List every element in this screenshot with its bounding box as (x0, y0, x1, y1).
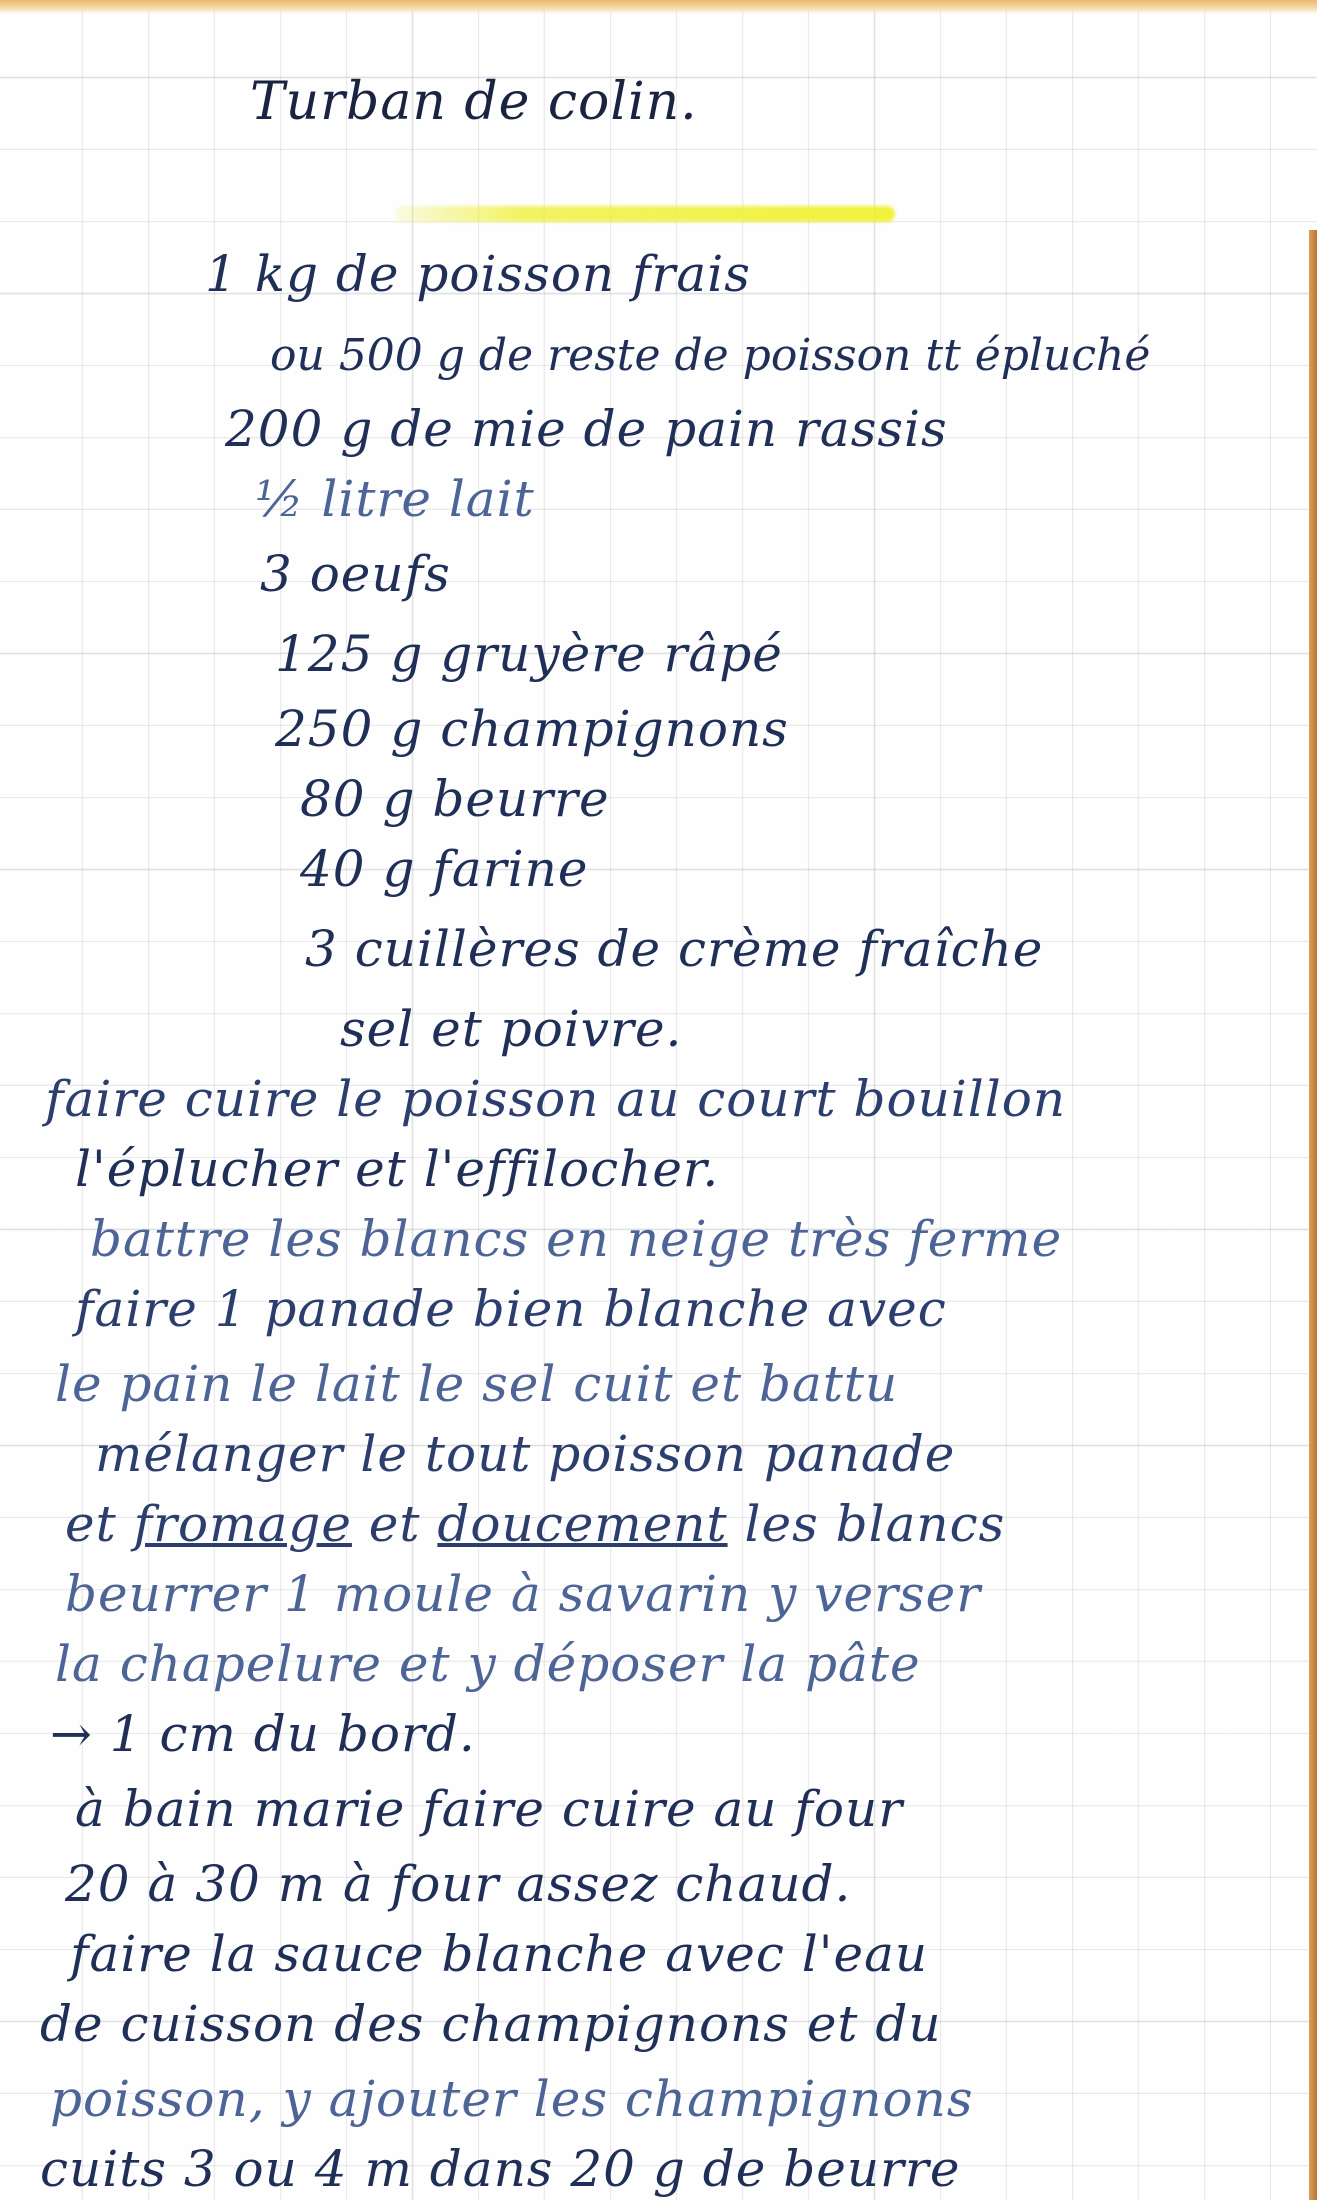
ingredient-line: 40 g farine (300, 840, 588, 898)
instruction-line: l'éplucher et l'effilocher. (75, 1140, 719, 1198)
ingredient-line: sel et poivre. (340, 1000, 682, 1058)
instruction-line: battre les blancs en neige très ferme (90, 1210, 1062, 1268)
ingredient-line: 3 cuillères de crème fraîche (305, 920, 1043, 978)
instruction-line: mélanger le tout poisson panade (95, 1425, 955, 1483)
ingredient-line: 200 g de mie de pain rassis (225, 400, 948, 458)
scribbled-word: fromage (134, 1495, 352, 1553)
recipe-title: Turban de colin. (250, 72, 698, 132)
instruction-line: faire cuire le poisson au court bouillon (45, 1070, 1066, 1128)
instruction-line: cuits 3 ou 4 m dans 20 g de beurre (40, 2140, 960, 2198)
text-segment: les blancs (728, 1495, 1006, 1553)
instruction-line: 20 à 30 m à four assez chaud. (65, 1855, 851, 1913)
instruction-line: de cuisson des champignons et du (40, 1995, 942, 2053)
ingredient-line: 3 oeufs (260, 545, 451, 603)
highlighter-mark (395, 206, 895, 222)
instruction-line: la chapelure et y déposer la pâte (55, 1635, 921, 1693)
instruction-line: poisson, y ajouter les champignons (50, 2070, 973, 2128)
instruction-line: beurrer 1 moule à savarin y verser (65, 1565, 981, 1623)
paper-right-edge (1309, 230, 1317, 2200)
ingredient-line: ½ litre lait (255, 470, 535, 528)
ingredient-line: 250 g champignons (275, 700, 789, 758)
instruction-line: et fromage et doucement les blancs (65, 1495, 1005, 1553)
ingredient-line: 125 g gruyère râpé (275, 625, 783, 683)
ingredient-line: 80 g beurre (300, 770, 610, 828)
text-segment: et (352, 1495, 437, 1553)
ingredient-line: ou 500 g de reste de poisson tt épluché (270, 330, 1150, 381)
instruction-line: le pain le lait le sel cuit et battu (55, 1355, 898, 1413)
ingredient-line: 1 kg de poisson frais (205, 245, 751, 303)
instruction-line: faire 1 panade bien blanche avec (75, 1280, 947, 1338)
instruction-line: → 1 cm du bord. (50, 1705, 476, 1763)
instruction-line: faire la sauce blanche avec l'eau (70, 1925, 928, 1983)
instruction-line: à bain marie faire cuire au four (75, 1780, 903, 1838)
grid-paper-page: Turban de colin. 1 kg de poisson frais o… (0, 0, 1317, 2200)
text-segment: et (65, 1495, 134, 1553)
paper-top-edge (0, 0, 1317, 14)
scribbled-word: doucement (437, 1495, 727, 1553)
